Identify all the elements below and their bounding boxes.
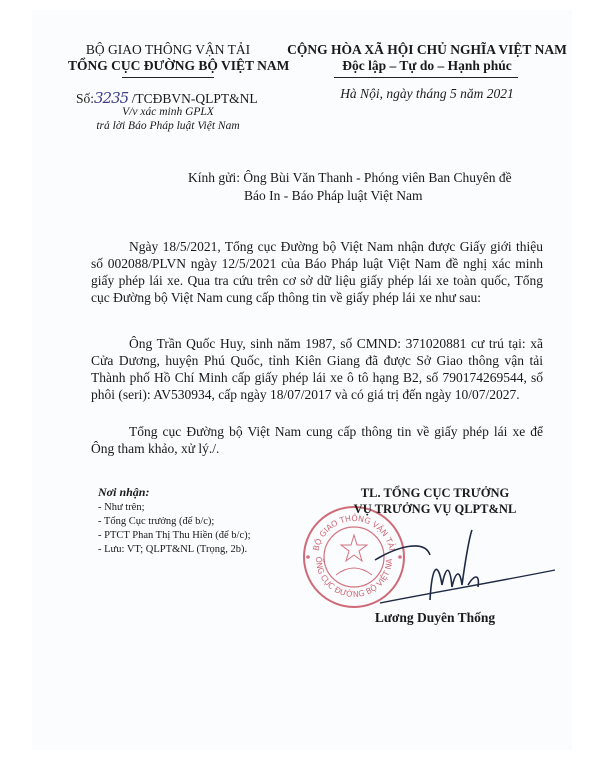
body-line: số 002088/PLVN ngày 12/5/2021 của Báo Ph… bbox=[91, 255, 543, 272]
place-date: Hà Nội, ngày tháng 5 năm 2021 bbox=[282, 86, 572, 102]
body-paragraph-1: Ngày 18/5/2021, Tổng cục Đường bộ Việt N… bbox=[91, 238, 543, 306]
body-line: phôi (seri): AV530934, cấp ngày 18/07/20… bbox=[91, 386, 543, 403]
national-motto: Độc lập – Tự do – Hạnh phúc bbox=[282, 58, 572, 74]
signature-icon bbox=[370, 525, 560, 605]
agency-name: TỔNG CỤC ĐƯỜNG BỘ VIỆT NAM bbox=[68, 58, 268, 74]
body-line: Ngày 18/5/2021, Tổng cục Đường bộ Việt N… bbox=[91, 238, 543, 255]
body-line: Tổng cục Đường bộ Việt Nam cung cấp thôn… bbox=[91, 423, 543, 440]
signature-title-1: TL. TỔNG CỤC TRƯỞNG bbox=[300, 486, 570, 501]
recipient-item: - Lưu: VT; QLPT&NL (Trọng, 2b). bbox=[98, 544, 247, 555]
recipient-item: - Như trên; bbox=[98, 502, 145, 513]
body-paragraph-2: Ông Trần Quốc Huy, sinh năm 1987, số CMN… bbox=[91, 335, 543, 403]
subject-line-1: V/v xác minh GPLX bbox=[68, 106, 268, 118]
body-line: Ông tham khảo, xử lý./. bbox=[91, 440, 543, 457]
recipient-item: - Tổng Cục trưởng (để b/c); bbox=[98, 516, 214, 527]
recipient-item: - PTCT Phan Thị Thu Hiền (để b/c); bbox=[98, 530, 251, 541]
body-line: cục Đường bộ Việt Nam cung cấp thông tin… bbox=[91, 289, 543, 306]
body-line: giấy phép lái xe. Qua tra cứu trên cơ sở… bbox=[91, 272, 543, 289]
body-line: Cửa Dương, huyện Phú Quốc, tỉnh Kiên Gia… bbox=[91, 352, 543, 369]
recipients-title: Nơi nhận: bbox=[98, 485, 149, 500]
handwritten-number: 3235 bbox=[94, 89, 128, 107]
body-line: Thành phố Hồ Chí Minh cấp giấy phép lái … bbox=[91, 369, 543, 386]
number-prefix: Số: bbox=[76, 91, 94, 106]
agency-underline bbox=[122, 77, 214, 78]
ministry-name: BỘ GIAO THÔNG VẬN TẢI bbox=[68, 42, 268, 58]
motto-underline bbox=[334, 77, 518, 78]
addressee-line-2: Báo In - Báo Pháp luật Việt Nam bbox=[244, 188, 423, 204]
national-title: CỘNG HÒA XÃ HỘI CHỦ NGHĨA VIỆT NAM bbox=[282, 42, 572, 58]
signature-title-2: VỤ TRƯỞNG VỤ QLPT&NL bbox=[300, 502, 570, 517]
body-line: Ông Trần Quốc Huy, sinh năm 1987, số CMN… bbox=[91, 335, 543, 352]
document-number: Số:3235 /TCĐBVN-QLPT&NL bbox=[76, 89, 258, 107]
signer-name: Lương Duyên Thống bbox=[300, 610, 570, 626]
addressee-line-1: Kính gửi: Ông Bùi Văn Thanh - Phóng viên… bbox=[188, 170, 512, 186]
number-suffix: /TCĐBVN-QLPT&NL bbox=[128, 91, 257, 106]
body-paragraph-3: Tổng cục Đường bộ Việt Nam cung cấp thôn… bbox=[91, 423, 543, 457]
subject-line-2: trả lời Báo Pháp luật Việt Nam bbox=[68, 120, 268, 132]
